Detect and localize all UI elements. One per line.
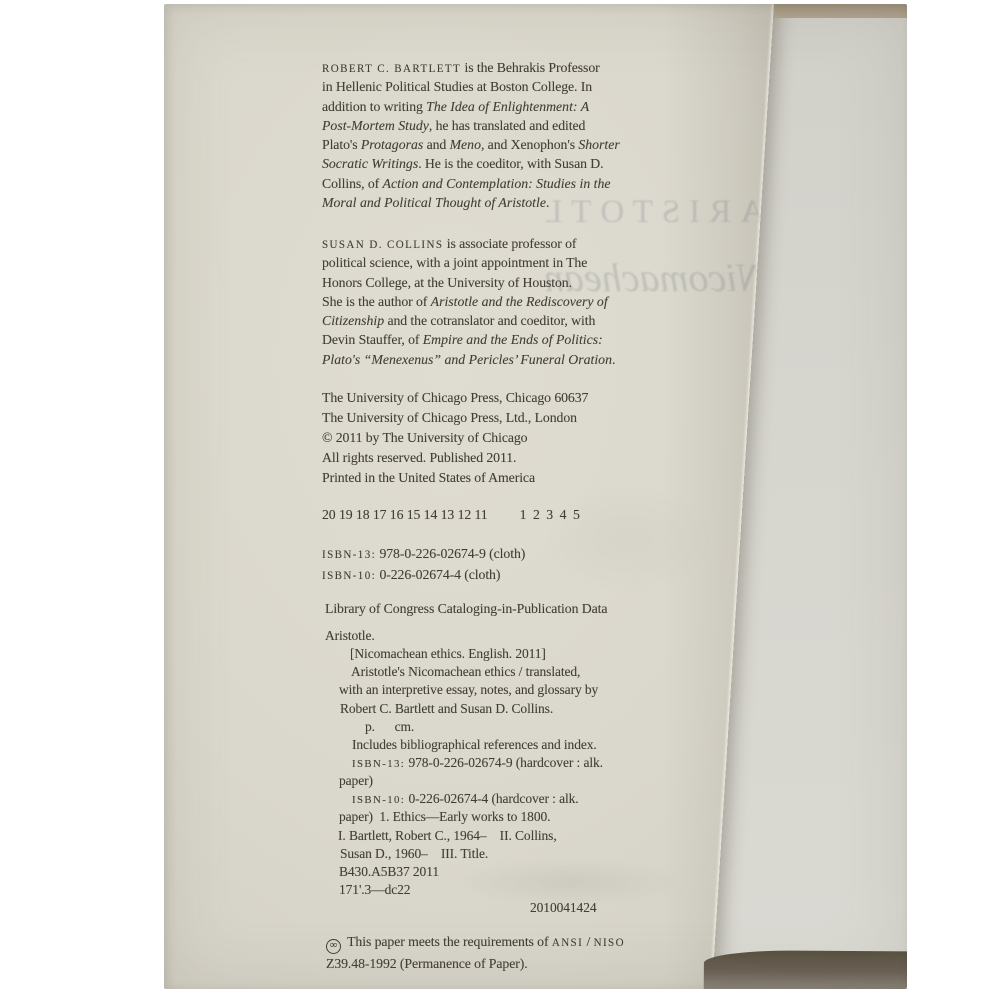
text-line: I. Bartlett, Robert C., 1964– II. Collin… xyxy=(322,827,603,845)
text-line: Devin Stauffer, of Empire and the Ends o… xyxy=(322,330,615,349)
text-line: Susan D., 1960– III. Title. xyxy=(322,845,603,863)
text-line: paper) 1. Ethics—Early works to 1800. xyxy=(322,808,603,826)
text-line: © 2011 by The University of Chicago xyxy=(322,428,588,448)
text-line: 171'.3—dc22 xyxy=(322,881,603,899)
text-line: Plato's “Menexenus” and Pericles’ Funera… xyxy=(322,350,615,369)
paper-notice: ∞ This paper meets the requirements of A… xyxy=(322,931,625,974)
text-line: in Hellenic Political Studies at Boston … xyxy=(322,77,620,96)
text-line: ISBN-10: 0-226-02674-4 (hardcover : alk. xyxy=(322,790,603,808)
text-line: [Nicomachean ethics. English. 2011] xyxy=(322,645,603,663)
text-line: Robert C. Bartlett and Susan D. Collins. xyxy=(322,700,603,718)
text-line: paper) xyxy=(322,772,603,790)
text-line: 2010041424 xyxy=(322,899,603,917)
text-line: She is the author of Aristotle and the R… xyxy=(322,292,615,311)
text-line: Moral and Political Thought of Aristotle… xyxy=(322,193,620,212)
text-line: p. cm. xyxy=(322,718,603,736)
text-line: with an interpretive essay, notes, and g… xyxy=(322,681,603,699)
text-line: Honors College, at the University of Hou… xyxy=(322,273,615,292)
text-line: political science, with a joint appointm… xyxy=(322,253,615,272)
text-line: ISBN-13: 978-0-226-02674-9 (cloth) xyxy=(322,543,525,564)
text-line: Aristotle. xyxy=(322,627,603,645)
bio-bartlett: ROBERT C. BARTLETT is the Behrakis Profe… xyxy=(322,58,620,212)
page-curl-shadow xyxy=(704,950,907,989)
text-line: SUSAN D. COLLINS is associate professor … xyxy=(322,234,615,253)
text-line: ISBN-13: 978-0-226-02674-9 (hardcover : … xyxy=(322,754,603,772)
text-line: Printed in the United States of America xyxy=(322,468,588,488)
text-line: Aristotle's Nicomachean ethics / transla… xyxy=(322,663,603,681)
text-line: 20 19 18 17 16 15 14 13 12 111 2 3 4 5 xyxy=(322,505,581,525)
bio-collins: SUSAN D. COLLINS is associate professor … xyxy=(322,234,615,369)
text-line: Citizenship and the cotranslator and coe… xyxy=(322,311,615,330)
text-line: addition to writing The Idea of Enlighte… xyxy=(322,97,620,116)
text-line: Socratic Writings. He is the coeditor, w… xyxy=(322,154,620,173)
text-line: ISBN-10: 0-226-02674-4 (cloth) xyxy=(322,564,525,585)
text-line: ∞ This paper meets the requirements of A… xyxy=(322,931,625,953)
book-page-photo: ARISTOTLE'S Nicomachean ROBERT C. BARTLE… xyxy=(164,4,907,989)
text-line: Collins, of Action and Contemplation: St… xyxy=(322,174,620,193)
text-line: All rights reserved. Published 2011. xyxy=(322,448,588,468)
text-line: The University of Chicago Press, Chicago… xyxy=(322,388,588,408)
lc-heading: Library of Congress Cataloging-in-Public… xyxy=(322,599,607,618)
text-line: The University of Chicago Press, Ltd., L… xyxy=(322,408,588,428)
text-line: B430.A5B37 2011 xyxy=(322,863,603,881)
text-line: Includes bibliographical references and … xyxy=(322,736,603,754)
publisher-imprint: The University of Chicago Press, Chicago… xyxy=(322,388,588,488)
isbn-cloth: ISBN-13: 978-0-226-02674-9 (cloth)ISBN-1… xyxy=(322,543,525,585)
book-cover-edge xyxy=(773,4,907,18)
text-line: Z39.48-1992 (Permanence of Paper). xyxy=(322,953,625,975)
text-line: ROBERT C. BARTLETT is the Behrakis Profe… xyxy=(322,58,620,77)
text-line: Plato's Protagoras and Meno, and Xenopho… xyxy=(322,135,620,154)
text-line: Library of Congress Cataloging-in-Public… xyxy=(322,599,607,618)
text-line: Post-Mortem Study, he has translated and… xyxy=(322,116,620,135)
lc-cip-data: Aristotle.[Nicomachean ethics. English. … xyxy=(322,627,603,917)
print-run-line: 20 19 18 17 16 15 14 13 12 111 2 3 4 5 xyxy=(322,505,581,525)
